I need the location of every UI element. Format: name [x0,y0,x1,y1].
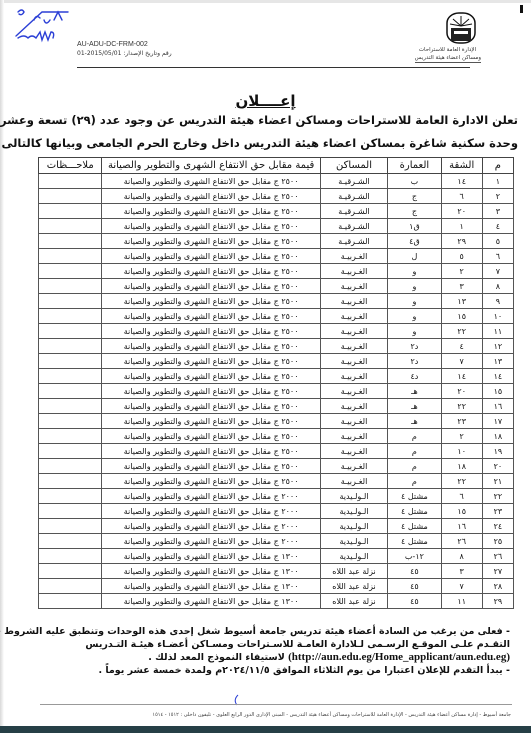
table-row: ٨٣والغـربيـة٢٥٠٠ ج مقابل حق الانتفاع الش… [39,279,514,294]
cell-building: د٢ [388,339,441,354]
cell-apartment: ٣ [441,564,482,579]
instruction-line3: (http://aun.edu.eg/Home_applicant/aun.ed… [40,651,510,665]
cell-fee: ٢٥٠٠ ج مقابل حق الانتفاع الشهرى والتطوير… [102,384,320,399]
cell-building: م [388,474,441,489]
cell-fee: ٢٥٠٠ ج مقابل حق الانتفاع الشهرى والتطوير… [102,459,320,474]
document-page: AU-ADU-DC-FRM-002 رقم وتاريخ الإصدار: 20… [0,0,531,733]
cell-apartment: ٢٣ [441,414,482,429]
cell-apartment: ١ [441,219,482,234]
cell-fee: ١٣٠٠ ج مقابل حق الانتفاع الشهرى والتطوير… [102,579,320,594]
col-header-fee: قيمة مقابل حق الانتفاع الشهرى والتطوير و… [102,158,320,174]
cell-residence: الشـرقيـة [320,204,387,219]
cell-fee: ٢٥٠٠ ج مقابل حق الانتفاع الشهرى والتطوير… [102,189,320,204]
cell-residence: الـولـيدية [320,489,387,504]
cell-number: ٢٣ [482,504,513,519]
vacant-units-table: م الشقة العمارة المساكن قيمة مقابل حق ال… [38,157,514,609]
cell-building: م [388,429,441,444]
cell-building: ج [388,204,441,219]
cell-building: مشتل ٤ [388,519,441,534]
table-row: ٤١ق١الشـرقيـة٢٥٠٠ ج مقابل حق الانتفاع ال… [39,219,514,234]
cell-fee: ٢٥٠٠ ج مقابل حق الانتفاع الشهرى والتطوير… [102,174,320,189]
cell-number: ١٦ [482,399,513,414]
cell-number: ٨ [482,279,513,294]
cell-building: و [388,264,441,279]
announcement-intro-line2: وحدة سكنية شاغرة بمساكن اعضاء هيئة التدر… [40,136,518,150]
cell-fee: ٢٠٠٠ ج مقابل حق الانتفاع الشهرى والتطوير… [102,534,320,549]
cell-apartment: ١١ [441,594,482,609]
cell-notes [39,459,102,474]
cell-notes [39,354,102,369]
cell-fee: ٢٠٠٠ ج مقابل حق الانتفاع الشهرى والتطوير… [102,519,320,534]
cell-residence: الشـرقيـة [320,234,387,249]
cell-apartment: ٨ [441,549,482,564]
cell-building: ٤٥ [388,564,441,579]
cell-building: ل [388,249,441,264]
cell-fee: ٢٥٠٠ ج مقابل حق الانتفاع الشهرى والتطوير… [102,219,320,234]
cell-fee: ٢٥٠٠ ج مقابل حق الانتفاع الشهرى والتطوير… [102,354,320,369]
cell-building: ب [388,174,441,189]
cell-residence: الغـربيـة [320,354,387,369]
cell-notes [39,294,102,309]
cell-fee: ٢٥٠٠ ج مقابل حق الانتفاع الشهرى والتطوير… [102,279,320,294]
cell-number: ١٣ [482,354,513,369]
cell-apartment: ١٨ [441,459,482,474]
cell-apartment: ٥ [441,249,482,264]
cell-apartment: ٧ [441,579,482,594]
cell-notes [39,399,102,414]
cell-apartment: ٢٢ [441,324,482,339]
footer-divider [40,704,512,705]
cell-notes [39,264,102,279]
cell-building: هـ [388,399,441,414]
cell-apartment: ٢ [441,429,482,444]
cell-residence: الـولـيدية [320,534,387,549]
cell-notes [39,444,102,459]
cell-building: ٤٥ [388,579,441,594]
cell-notes [39,249,102,264]
form-code: AU-ADU-DC-FRM-002 [77,40,148,49]
announcement-intro-line1: تعلن الادارة العامة للاستراحات ومساكن اع… [40,113,518,127]
cell-residence: الغـربيـة [320,309,387,324]
cell-residence: الغـربيـة [320,414,387,429]
cell-number: ١٢ [482,339,513,354]
cell-fee: ٢٥٠٠ ج مقابل حق الانتفاع الشهرى والتطوير… [102,234,320,249]
cell-number: ٢٠ [482,459,513,474]
cell-building: هـ [388,414,441,429]
cell-fee: ٢٥٠٠ ج مقابل حق الانتفاع الشهرى والتطوير… [102,369,320,384]
cell-residence: الغـربيـة [320,294,387,309]
cell-number: ٢٩ [482,594,513,609]
cell-fee: ١٣٠٠ ج مقابل حق الانتفاع الشهرى والتطوير… [102,594,320,609]
cell-building: هـ [388,384,441,399]
cell-building: م [388,444,441,459]
table-row: ٦٥لالغـربيـة٢٥٠٠ ج مقابل حق الانتفاع الش… [39,249,514,264]
table-row: ٢٤١٦مشتل ٤الـولـيدية٢٠٠٠ ج مقابل حق الان… [39,519,514,534]
cell-building: د٢ [388,354,441,369]
cell-apartment: ٢٠ [441,204,482,219]
cell-notes [39,549,102,564]
cell-apartment: ٢٠ [441,384,482,399]
cell-apartment: ٢٢ [441,399,482,414]
cell-fee: ٢٥٠٠ ج مقابل حق الانتفاع الشهرى والتطوير… [102,339,320,354]
cell-fee: ٢٥٠٠ ج مقابل حق الانتفاع الشهرى والتطوير… [102,429,320,444]
application-url-link[interactable]: (http://aun.edu.eg/Home_applicant/aun.ed… [288,651,510,663]
cell-building: و [388,294,441,309]
cell-number: ١٥ [482,384,513,399]
cell-number: ٢٨ [482,579,513,594]
cell-residence: نزلة عبد اللاه [320,579,387,594]
table-row: ٢٦جالشـرقيـة٢٥٠٠ ج مقابل حق الانتفاع الش… [39,189,514,204]
cell-residence: الغـربيـة [320,429,387,444]
cell-building: و [388,279,441,294]
table-row: ٥٢٩ق٤الشـرقيـة٢٥٠٠ ج مقابل حق الانتفاع ا… [39,234,514,249]
table-row: ٢٥٢٦مشتل ٤الـولـيدية٢٠٠٠ ج مقابل حق الان… [39,534,514,549]
cell-notes [39,489,102,504]
cell-building: ج [388,189,441,204]
table-row: ٩١٣والغـربيـة٢٥٠٠ ج مقابل حق الانتفاع ال… [39,294,514,309]
cell-apartment: ٦ [441,189,482,204]
table-row: ٢٠١٨مالغـربيـة٢٥٠٠ ج مقابل حق الانتفاع ا… [39,459,514,474]
instruction-line1: - فعلى من يرغب من السادة أعضاء هيئة تدري… [40,626,510,639]
cell-building: د٤ [388,369,441,384]
table-row: ٢٣١٥مشتل ٤الـولـيدية٢٠٠٠ ج مقابل حق الان… [39,504,514,519]
cell-notes [39,594,102,609]
cell-notes [39,384,102,399]
table-row: ١٠١٥والغـربيـة٢٥٠٠ ج مقابل حق الانتفاع ا… [39,309,514,324]
table-row: ١٨٢مالغـربيـة٢٥٠٠ ج مقابل حق الانتفاع ال… [39,429,514,444]
col-header-building: العمارة [388,158,441,174]
cell-building: مشتل ٤ [388,489,441,504]
cell-notes [39,219,102,234]
table-row: ١٩١٠مالغـربيـة٢٥٠٠ ج مقابل حق الانتفاع ا… [39,444,514,459]
scanner-bottom-bar [0,726,531,733]
cell-building: م [388,459,441,474]
col-header-number: م [482,158,513,174]
cell-residence: الـولـيدية [320,519,387,534]
cell-residence: الغـربيـة [320,444,387,459]
cell-apartment: ٤ [441,339,482,354]
cell-number: ٢٦ [482,549,513,564]
cell-number: ٢٢ [482,489,513,504]
table-row: ١٢٤د٢الغـربيـة٢٥٠٠ ج مقابل حق الانتفاع ا… [39,339,514,354]
cell-notes [39,309,102,324]
cell-building: ق٤ [388,234,441,249]
cell-number: ١٧ [482,414,513,429]
table-row: ٢٦٨١٢-بالـولـيدية١٣٠٠ ج مقابل حق الانتفا… [39,549,514,564]
instruction-line4: - يبدأ التقدم للإعلان اعتبارا من يوم الث… [40,665,510,678]
cell-apartment: ٧ [441,354,482,369]
table-row: ٣٢٠جالشـرقيـة٢٥٠٠ ج مقابل حق الانتفاع ال… [39,204,514,219]
cell-residence: الشـرقيـة [320,219,387,234]
cell-number: ٢١ [482,474,513,489]
cell-residence: الشـرقيـة [320,174,387,189]
cell-residence: الغـربيـة [320,264,387,279]
cell-fee: ٢٥٠٠ ج مقابل حق الانتفاع الشهرى والتطوير… [102,444,320,459]
cell-number: ٤ [482,219,513,234]
cell-number: ٩ [482,294,513,309]
cell-fee: ٢٥٠٠ ج مقابل حق الانتفاع الشهرى والتطوير… [102,399,320,414]
table-row: ٢٧٣٤٥نزلة عبد اللاه١٣٠٠ ج مقابل حق الانت… [39,564,514,579]
table-row: ١٤١٤د٤الغـربيـة٢٥٠٠ ج مقابل حق الانتفاع … [39,369,514,384]
cell-residence: الـولـيدية [320,504,387,519]
announcement-title: إعــــلان [0,92,531,110]
cell-number: ٢٧ [482,564,513,579]
table-row: ١٧٢٣هـالغـربيـة٢٥٠٠ ج مقابل حق الانتفاع … [39,414,514,429]
cell-apartment: ١٣ [441,294,482,309]
cell-notes [39,204,102,219]
cell-fee: ٢٥٠٠ ج مقابل حق الانتفاع الشهرى والتطوير… [102,309,320,324]
cell-residence: الغـربيـة [320,324,387,339]
cell-residence: الغـربيـة [320,249,387,264]
cell-notes [39,339,102,354]
cell-fee: ٢٥٠٠ ج مقابل حق الانتفاع الشهرى والتطوير… [102,294,320,309]
instruction-line2: التقـدم علـى الموقـع الرسـمى لـلادارة ال… [40,639,510,652]
cell-apartment: ١٥ [441,504,482,519]
cell-residence: الـولـيدية [320,549,387,564]
cell-residence: نزلة عبد اللاه [320,564,387,579]
cell-apartment: ٢٦ [441,534,482,549]
cell-notes [39,474,102,489]
col-header-notes: ملاحـــظات [39,158,102,174]
handwritten-reference-note [12,6,74,46]
cell-notes [39,429,102,444]
table-row: ٢٨٧٤٥نزلة عبد اللاه١٣٠٠ ج مقابل حق الانت… [39,579,514,594]
header-divider [77,67,470,68]
cell-building: ٤٥ [388,594,441,609]
cell-notes [39,234,102,249]
cell-apartment: ٦ [441,489,482,504]
issue-number-date: رقم وتاريخ الإصدار: 2015/05/01-01 [77,49,172,58]
cell-residence: الغـربيـة [320,369,387,384]
application-instructions: - فعلى من يرغب من السادة أعضاء هيئة تدري… [40,626,510,677]
table-header-row: م الشقة العمارة المساكن قيمة مقابل حق ال… [39,158,514,174]
cell-number: ٣ [482,204,513,219]
cell-fee: ٢٥٠٠ ج مقابل حق الانتفاع الشهرى والتطوير… [102,324,320,339]
table-row: ١١٢٢والغـربيـة٢٥٠٠ ج مقابل حق الانتفاع ا… [39,324,514,339]
table-row: ١٦٢٢هـالغـربيـة٢٥٠٠ ج مقابل حق الانتفاع … [39,399,514,414]
department-name-line2: ومساكن اعضاء هيئة التدريس [415,54,481,63]
col-header-residence: المساكن [320,158,387,174]
cell-residence: الغـربيـة [320,339,387,354]
cell-apartment: ١٥ [441,309,482,324]
cell-number: ١١ [482,324,513,339]
cell-residence: الغـربيـة [320,399,387,414]
cell-notes [39,174,102,189]
cell-notes [39,279,102,294]
cell-fee: ٢٥٠٠ ج مقابل حق الانتفاع الشهرى والتطوير… [102,264,320,279]
cell-residence: الشـرقيـة [320,189,387,204]
table-body: ١١٤بالشـرقيـة٢٥٠٠ ج مقابل حق الانتفاع ال… [39,174,514,609]
scan-top-edge [0,0,531,3]
cell-number: ٥ [482,234,513,249]
cell-notes [39,504,102,519]
cell-building: و [388,309,441,324]
cell-residence: الغـربيـة [320,384,387,399]
cell-notes [39,414,102,429]
cell-apartment: ١٦ [441,519,482,534]
department-name-line1: الإدارة العامة للاستراحات [419,46,476,54]
cell-number: ١ [482,174,513,189]
cell-notes [39,534,102,549]
cell-number: ٢٥ [482,534,513,549]
cell-notes [39,369,102,384]
cell-fee: ٢٠٠٠ ج مقابل حق الانتفاع الشهرى والتطوير… [102,504,320,519]
cell-building: و [388,324,441,339]
cell-apartment: ٢٩ [441,234,482,249]
cell-fee: ٢٠٠٠ ج مقابل حق الانتفاع الشهرى والتطوير… [102,489,320,504]
cell-notes [39,189,102,204]
cell-fee: ٢٥٠٠ ج مقابل حق الانتفاع الشهرى والتطوير… [102,414,320,429]
cell-building: مشتل ٤ [388,534,441,549]
scan-mark [520,5,523,13]
cell-residence: الغـربيـة [320,279,387,294]
cell-apartment: ٢ [441,264,482,279]
cell-apartment: ٢٢ [441,474,482,489]
cell-number: ١٩ [482,444,513,459]
cell-residence: نزلة عبد اللاه [320,594,387,609]
cell-notes [39,564,102,579]
cell-number: ٦ [482,249,513,264]
cell-fee: ١٣٠٠ ج مقابل حق الانتفاع الشهرى والتطوير… [102,549,320,564]
cell-fee: ٢٥٠٠ ج مقابل حق الانتفاع الشهرى والتطوير… [102,204,320,219]
cell-apartment: ١٠ [441,444,482,459]
cell-building: ١٢-ب [388,549,441,564]
cell-number: ١٠ [482,309,513,324]
table-row: ٢١٢٢مالغـربيـة٢٥٠٠ ج مقابل حق الانتفاع ا… [39,474,514,489]
table-row: ١٣٧د٢الغـربيـة٢٥٠٠ ج مقابل حق الانتفاع ا… [39,354,514,369]
table-row: ٧٢والغـربيـة٢٥٠٠ ج مقابل حق الانتفاع الش… [39,264,514,279]
cell-residence: الغـربيـة [320,474,387,489]
cell-number: ١٤ [482,369,513,384]
cell-number: ٧ [482,264,513,279]
cell-number: ١٨ [482,429,513,444]
table-row: ٢٩١١٤٥نزلة عبد اللاه١٣٠٠ ج مقابل حق الان… [39,594,514,609]
cell-building: ق١ [388,219,441,234]
cell-building: مشتل ٤ [388,504,441,519]
cell-number: ٢ [482,189,513,204]
cell-apartment: ١٤ [441,174,482,189]
table-row: ١١٤بالشـرقيـة٢٥٠٠ ج مقابل حق الانتفاع ال… [39,174,514,189]
cell-residence: الغـربيـة [320,459,387,474]
cell-number: ٢٤ [482,519,513,534]
cell-fee: ٢٥٠٠ ج مقابل حق الانتفاع الشهرى والتطوير… [102,249,320,264]
cell-notes [39,579,102,594]
table-row: ٢٢٦مشتل ٤الـولـيدية٢٠٠٠ ج مقابل حق الانت… [39,489,514,504]
cell-notes [39,519,102,534]
table-row: ١٥٢٠هـالغـربيـة٢٥٠٠ ج مقابل حق الانتفاع … [39,384,514,399]
cell-fee: ١٣٠٠ ج مقابل حق الانتفاع الشهرى والتطوير… [102,564,320,579]
cell-apartment: ١٤ [441,369,482,384]
cell-apartment: ٣ [441,279,482,294]
cell-notes [39,324,102,339]
cell-fee: ٢٥٠٠ ج مقابل حق الانتفاع الشهرى والتطوير… [102,474,320,489]
university-logo-icon [446,12,476,44]
footer-address: جامعة أسيوط - إدارة مساكن أعضاء هيئة الت… [152,712,511,718]
col-header-apartment: الشقة [441,158,482,174]
